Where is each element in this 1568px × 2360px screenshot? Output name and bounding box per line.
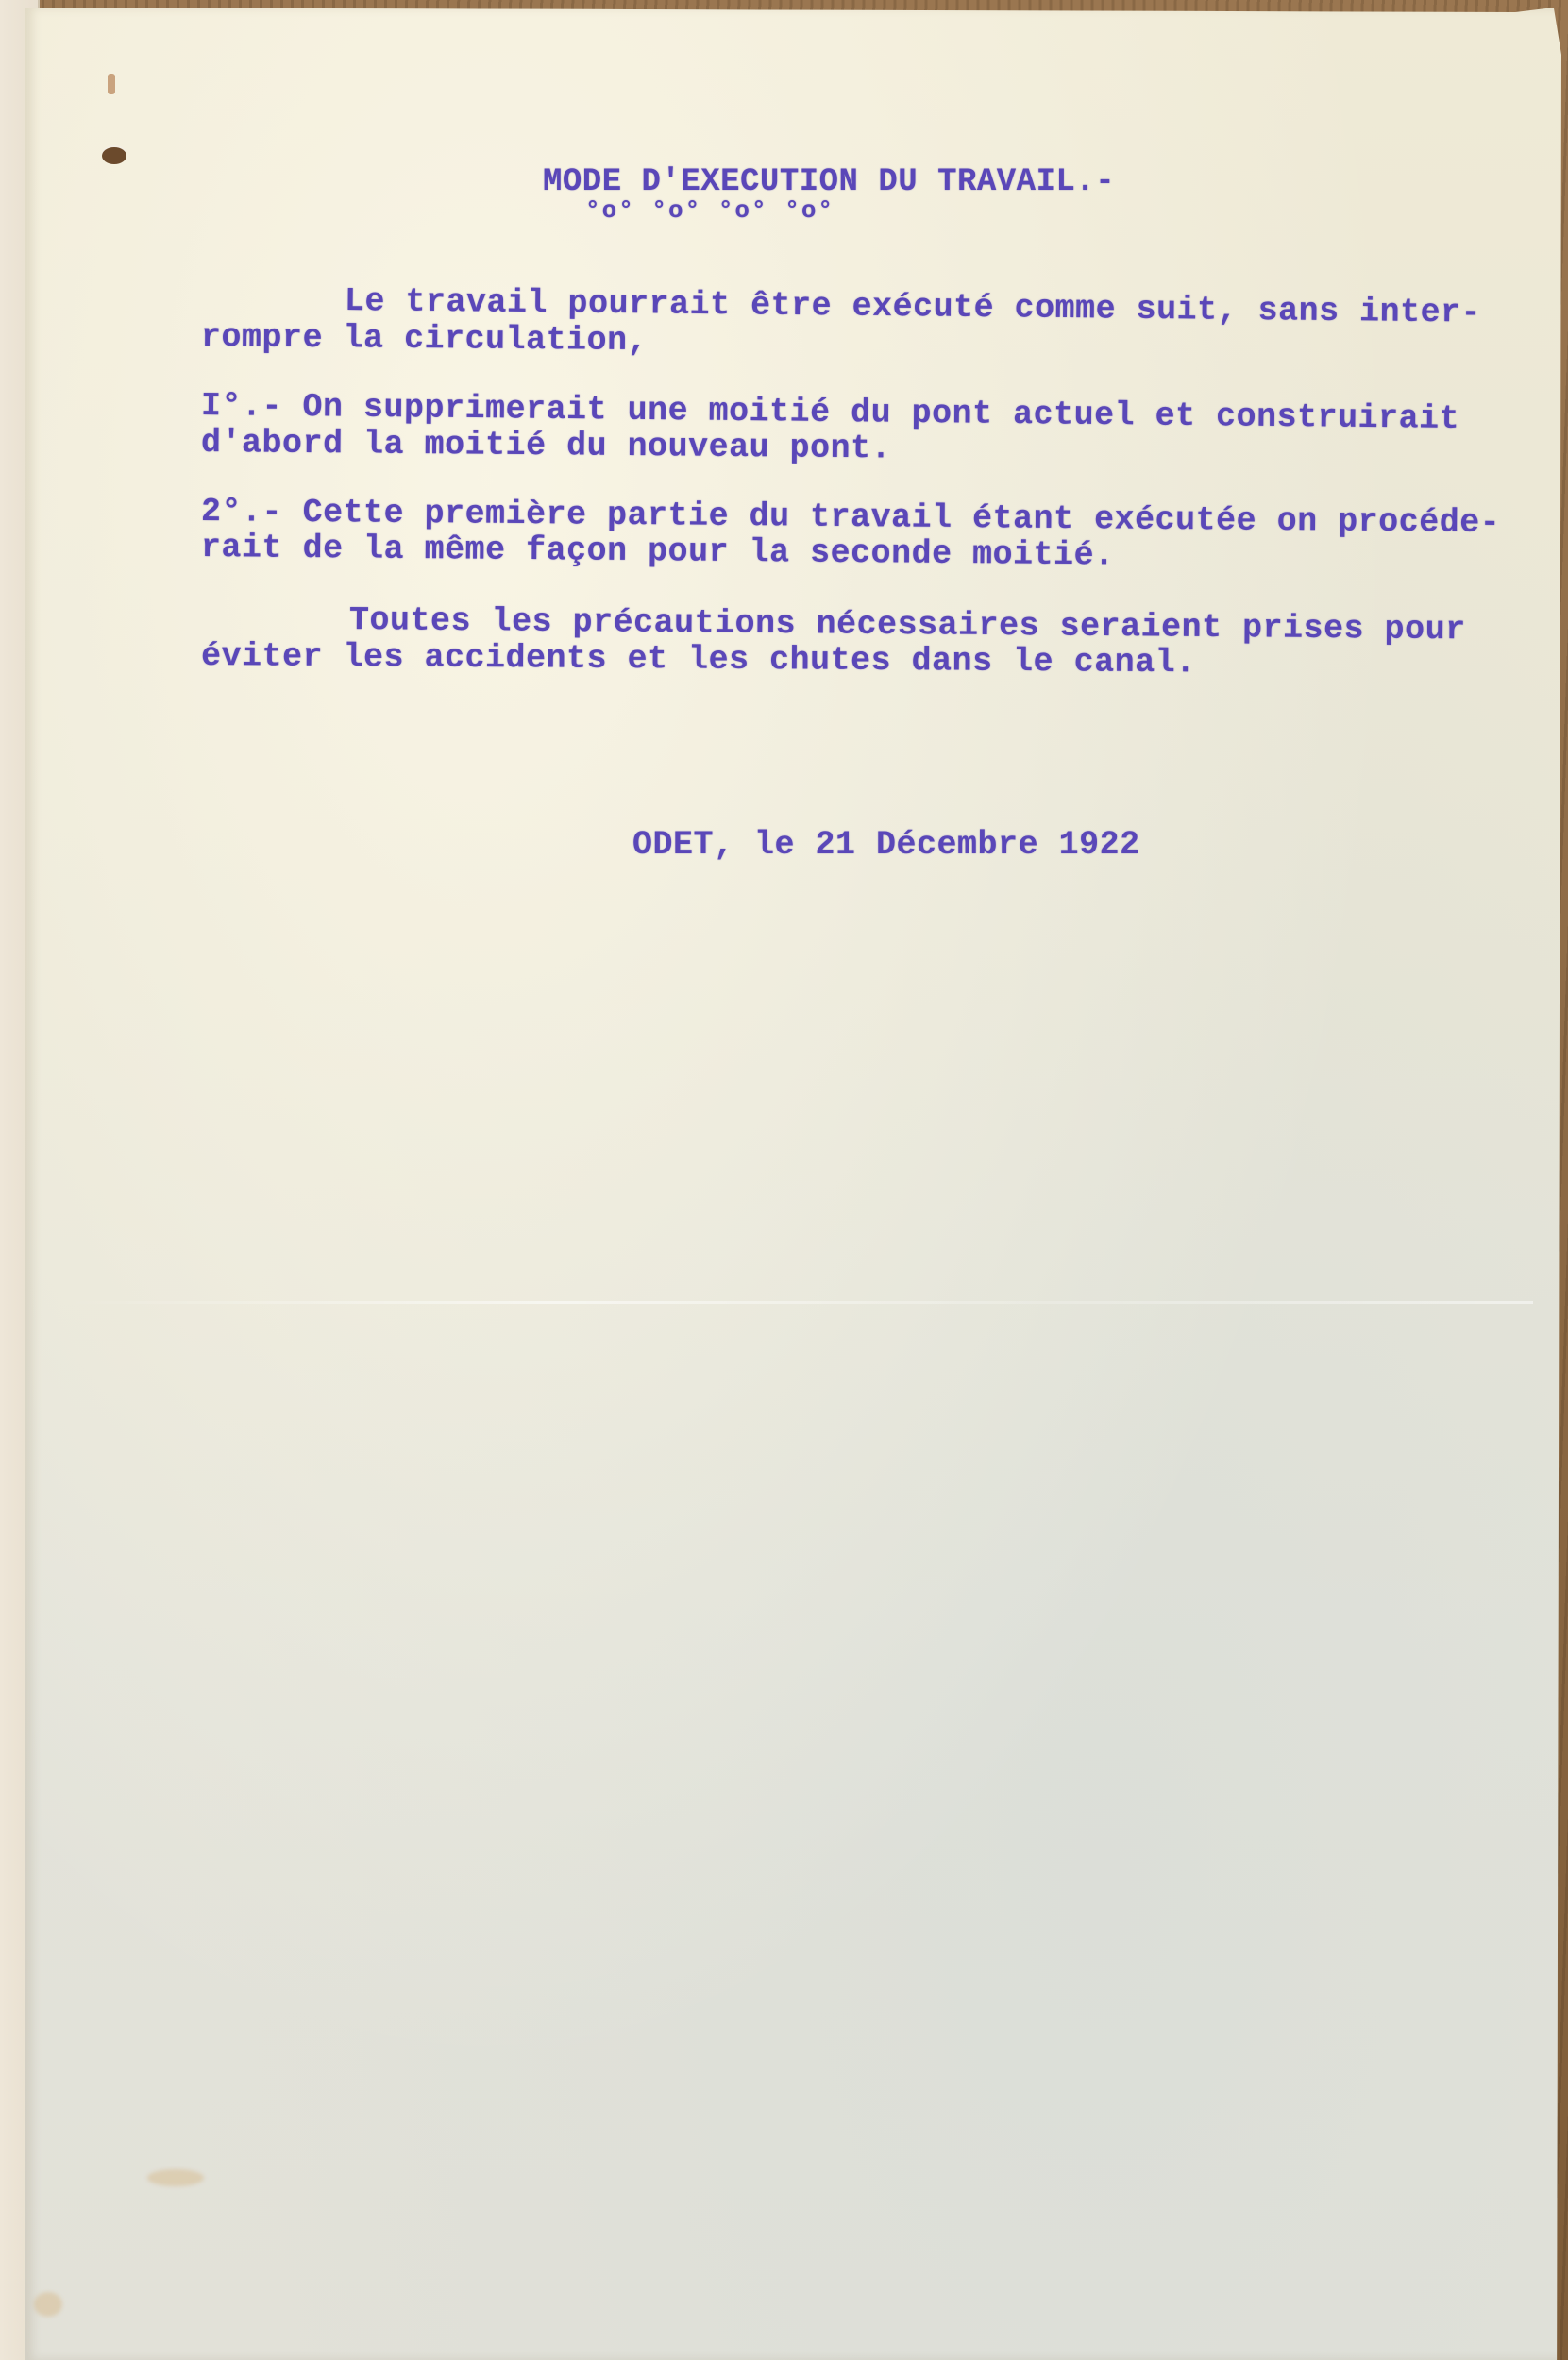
fold-crease	[62, 1301, 1533, 1304]
paragraph-3-line-2: rait de la même façon pour la seconde mo…	[201, 531, 1115, 572]
paragraph-2-line-2: d'abord la moitié du nouveau pont.	[201, 427, 891, 465]
paragraph-1-line-2: rompre la circulation,	[201, 321, 648, 358]
place-and-date: ODET, le 21 Décembre 1922	[632, 829, 1140, 862]
typed-letter-page	[25, 8, 1561, 2360]
foxing-stain	[147, 2169, 204, 2186]
paragraph-4-line-2: éviter les accidents et les chutes dans …	[201, 640, 1196, 680]
foxing-stain	[34, 2292, 62, 2317]
document-title: MODE D'EXECUTION DU TRAVAIL.-	[543, 166, 1115, 198]
punch-hole	[102, 147, 126, 164]
paper-tear-mark	[108, 74, 115, 94]
title-ornament-underline: °o° °o° °o° °o°	[585, 198, 835, 223]
